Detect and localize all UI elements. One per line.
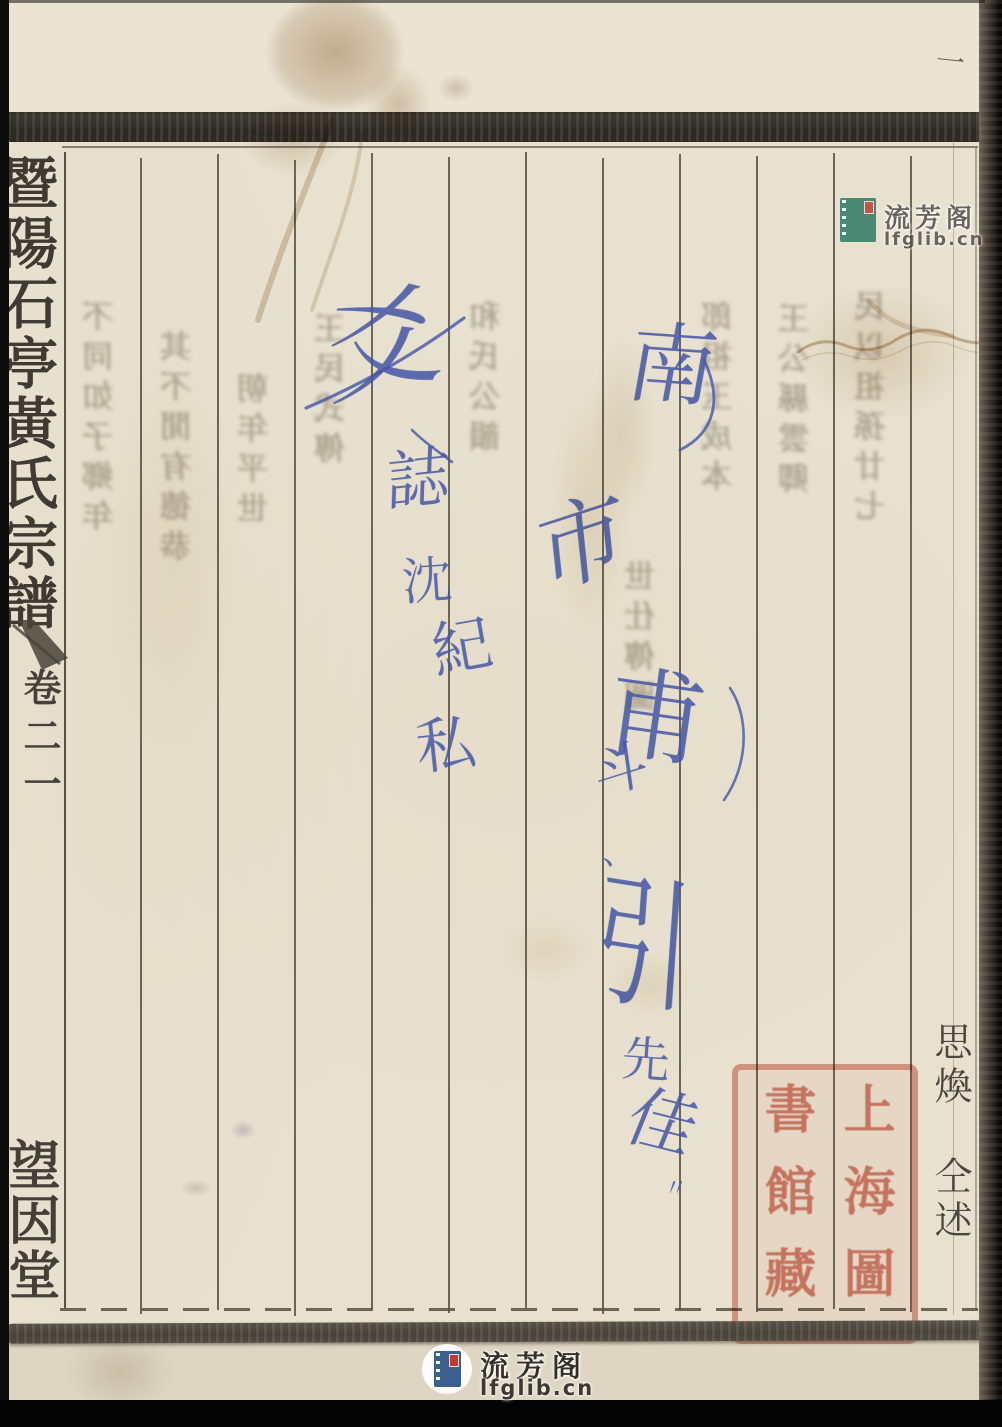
left-edge: [0, 0, 9, 1404]
bottom-edge: [0, 1400, 1002, 1427]
bottom-border-band: [8, 1320, 985, 1343]
column-line: [525, 152, 527, 1308]
watermark-top-right: 流芳阁 lfglib.cn: [838, 196, 998, 256]
column-line: [217, 154, 219, 1310]
handwritten-char: 斗: [591, 739, 652, 800]
attribution-name: 思煥: [926, 1022, 978, 1110]
volume-label: 卷二一: [12, 668, 67, 812]
top-edge-shadow: [8, 0, 985, 3]
handwritten-char: 市: [533, 483, 630, 605]
handwritten-char: 私: [413, 713, 479, 779]
column-line: [294, 160, 296, 1316]
watermark-domain: lfglib.cn: [884, 229, 984, 250]
hall-name: 望因堂: [0, 1138, 67, 1303]
bleedthrough-column: 和氏公韻: [465, 300, 510, 460]
handwritten-char: 〃: [664, 1176, 688, 1200]
handwritten-char: 南: [620, 319, 723, 412]
handwritten-char: 誌: [385, 444, 451, 515]
column-line: [140, 158, 142, 1314]
bleedthrough-column: 其不閒有德恭: [156, 330, 201, 570]
bleedthrough-column: 王公縣雲卿: [774, 302, 819, 502]
bleedthrough-column: 不同如子鄉年: [78, 300, 123, 540]
handwritten-char: 爻: [321, 277, 446, 416]
fishtail-mark: [10, 618, 70, 672]
handwritten-char: 引: [590, 866, 696, 1024]
library-seal: 上海圖 書館藏: [732, 1064, 918, 1344]
corner-page-mark: 一: [934, 39, 967, 83]
genealogy-scan-page: 不同如子鄉年 其不閒有德恭 朝年平世 王民式傳 和氏公韻 世仕傳圖 郎祖玉成本 …: [0, 0, 1002, 1427]
bleedthrough-column: 朝年平世: [233, 372, 278, 532]
top-rule-line: [62, 146, 978, 148]
top-border-band: [8, 112, 985, 142]
frame-right-line: [975, 148, 977, 1310]
watermark-bottom-center: 流芳阁 lfglib.cn: [422, 1342, 612, 1402]
handwritten-char: 沈: [400, 554, 453, 607]
handwritten-char: 紀: [427, 613, 497, 683]
attribution-suffix: 仝述: [926, 1156, 978, 1244]
seal-text-left: 書館藏: [748, 1082, 823, 1328]
bleedthrough-column: 民以祖孫廿七: [850, 290, 895, 530]
book-icon: [840, 198, 876, 242]
seal-text-right: 上海圖: [827, 1082, 902, 1328]
spine-title: 暨陽石亭黃氏宗譜: [0, 154, 66, 634]
book-icon: [434, 1351, 461, 1387]
page-fold-line: [953, 140, 954, 1315]
watermark-domain: lfglib.cn: [480, 1376, 594, 1400]
